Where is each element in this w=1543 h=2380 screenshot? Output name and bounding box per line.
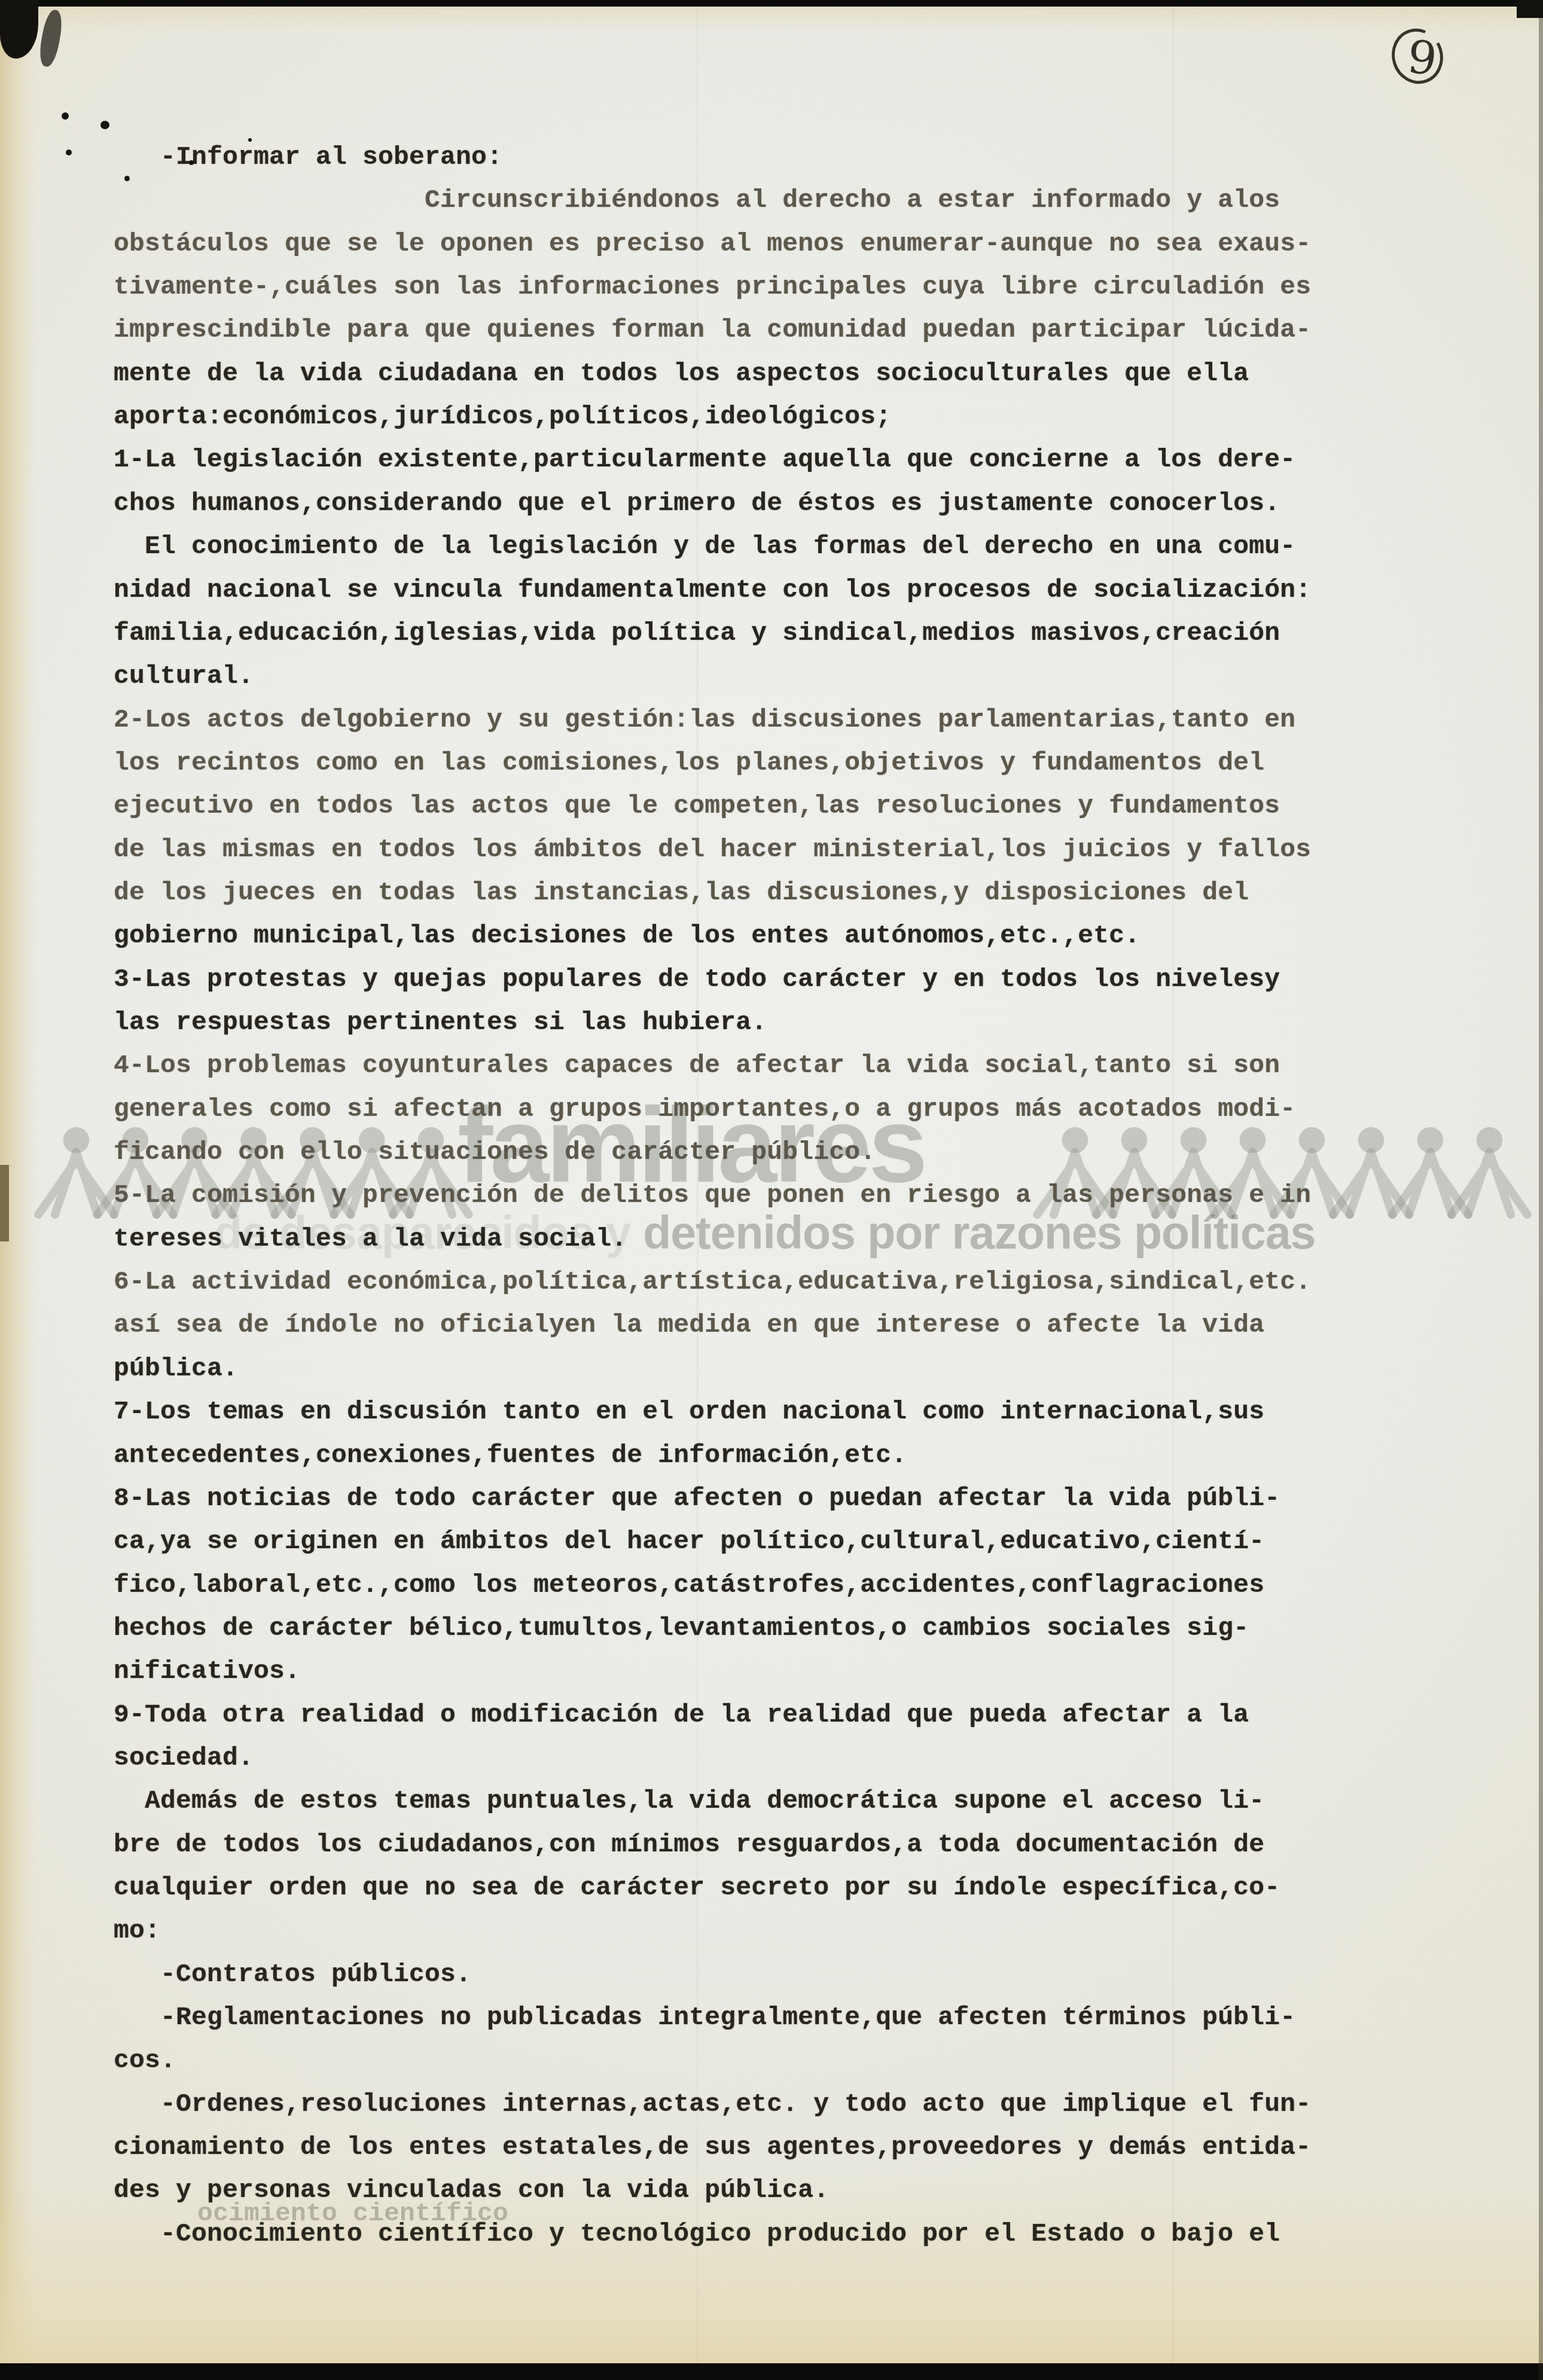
ink-speck bbox=[100, 121, 109, 129]
scan-border-right bbox=[1539, 0, 1543, 2380]
typed-line: Además de estos temas puntuales,la vida … bbox=[114, 1786, 1264, 1817]
typed-line: fico,laboral,etc.,como los meteoros,catá… bbox=[114, 1570, 1264, 1601]
typed-line: nificativos. bbox=[114, 1656, 300, 1687]
typed-line: chos humanos,considerando que el primero… bbox=[114, 488, 1280, 519]
typed-line: cionamiento de los entes estatales,de su… bbox=[114, 2132, 1311, 2163]
page-number-stamp: 9 bbox=[1386, 24, 1452, 91]
typed-line: gobierno municipal,las decisiones de los… bbox=[114, 920, 1140, 951]
typed-line: ejecutivo en todos las actos que le comp… bbox=[114, 791, 1280, 822]
typed-line: tivamente-,cuáles son las informaciones … bbox=[114, 271, 1311, 303]
typed-line: -Reglamentaciones no publicadas integral… bbox=[114, 2002, 1295, 2033]
ink-speck bbox=[124, 176, 130, 181]
typed-line: 7-Los temas en discusión tanto en el ord… bbox=[114, 1396, 1264, 1427]
scan-edge-mark bbox=[0, 1165, 9, 1241]
typed-line: mo: bbox=[114, 1915, 160, 1946]
typed-line: hechos de carácter bélico,tumultos,levan… bbox=[114, 1613, 1249, 1644]
scanned-document-page: familiares de desaparecidos y detenidos … bbox=[0, 0, 1543, 2380]
ink-speck bbox=[62, 112, 69, 120]
typed-line: 8-Las noticias de todo carácter que afec… bbox=[114, 1483, 1280, 1514]
typed-line: 9-Toda otra realidad o modificación de l… bbox=[114, 1699, 1249, 1731]
typed-line: 2-Los actos delgobierno y su gestión:las… bbox=[114, 704, 1295, 736]
typed-line: de los jueces en todas las instancias,la… bbox=[114, 877, 1249, 908]
typed-line: los recintos como en las comisiones,los … bbox=[114, 747, 1264, 779]
typed-line: ficando con ello situaciones de carácter… bbox=[114, 1137, 876, 1168]
typed-line: antecedentes,conexiones,fuentes de infor… bbox=[114, 1440, 907, 1471]
typed-line: cualquier orden que no sea de carácter s… bbox=[114, 1872, 1280, 1903]
typed-line: 4-Los problemas coyunturales capaces de … bbox=[114, 1050, 1280, 1081]
typed-line: Circunscribiéndonos al derecho a estar i… bbox=[114, 185, 1280, 216]
ink-speck bbox=[189, 160, 194, 165]
typed-line-ghost: ocimiento científico bbox=[197, 2198, 508, 2229]
typed-line: ca,ya se originen en ámbitos del hacer p… bbox=[114, 1526, 1264, 1557]
typed-line: imprescindible para que quienes forman l… bbox=[114, 315, 1311, 346]
typed-line: tereses vitales a la vida social. bbox=[114, 1223, 627, 1255]
typed-line: familia,educación,iglesias,vida política… bbox=[114, 618, 1280, 649]
typed-line: cos. bbox=[114, 2045, 176, 2076]
ink-speck bbox=[66, 149, 72, 155]
typed-line: 5-La comisión y prevención de delitos qu… bbox=[114, 1180, 1311, 1211]
typed-line: bre de todos los ciudadanos,con mínimos … bbox=[114, 1829, 1264, 1860]
typed-line: -Contratos públicos. bbox=[114, 1959, 471, 1990]
ink-speck bbox=[248, 138, 252, 142]
typed-line: -Ordenes,resoluciones internas,actas,etc… bbox=[114, 2089, 1311, 2120]
typed-line: así sea de índole no oficialyen la medid… bbox=[114, 1310, 1264, 1341]
typed-line: sociedad. bbox=[114, 1743, 254, 1774]
typed-line: mente de la vida ciudadana en todos los … bbox=[114, 358, 1249, 389]
typed-line: generales como si afectan a grupos impor… bbox=[114, 1094, 1295, 1125]
watermark-subtitle-dark: detenidos por razones políticas bbox=[643, 1207, 1315, 1259]
typed-line: pública. bbox=[114, 1353, 238, 1384]
scan-border-top bbox=[0, 0, 1543, 7]
typed-line: aporta:económicos,jurídicos,políticos,id… bbox=[114, 401, 891, 432]
typed-line: 1-La legislación existente,particularmen… bbox=[114, 444, 1295, 475]
typed-line: las respuestas pertinentes si las hubier… bbox=[114, 1007, 767, 1038]
typed-line: nidad nacional se vincula fundamentalmen… bbox=[114, 575, 1311, 606]
typed-line: 3-Las protestas y quejas populares de to… bbox=[114, 964, 1280, 995]
typed-line: 6-La actividad económica,política,artíst… bbox=[114, 1267, 1311, 1298]
page-number: 9 bbox=[1405, 30, 1439, 86]
typed-line: -Informar al soberano: bbox=[114, 142, 502, 173]
typed-line: de las mismas en todos los ámbitos del h… bbox=[114, 834, 1311, 865]
typed-line: El conocimiento de la legislación y de l… bbox=[114, 531, 1295, 562]
typed-line: obstáculos que se le oponen es preciso a… bbox=[114, 228, 1311, 260]
typed-line: cultural. bbox=[114, 661, 254, 692]
scan-border-bottom bbox=[0, 2363, 1543, 2380]
scan-corner-mark bbox=[1517, 0, 1543, 18]
